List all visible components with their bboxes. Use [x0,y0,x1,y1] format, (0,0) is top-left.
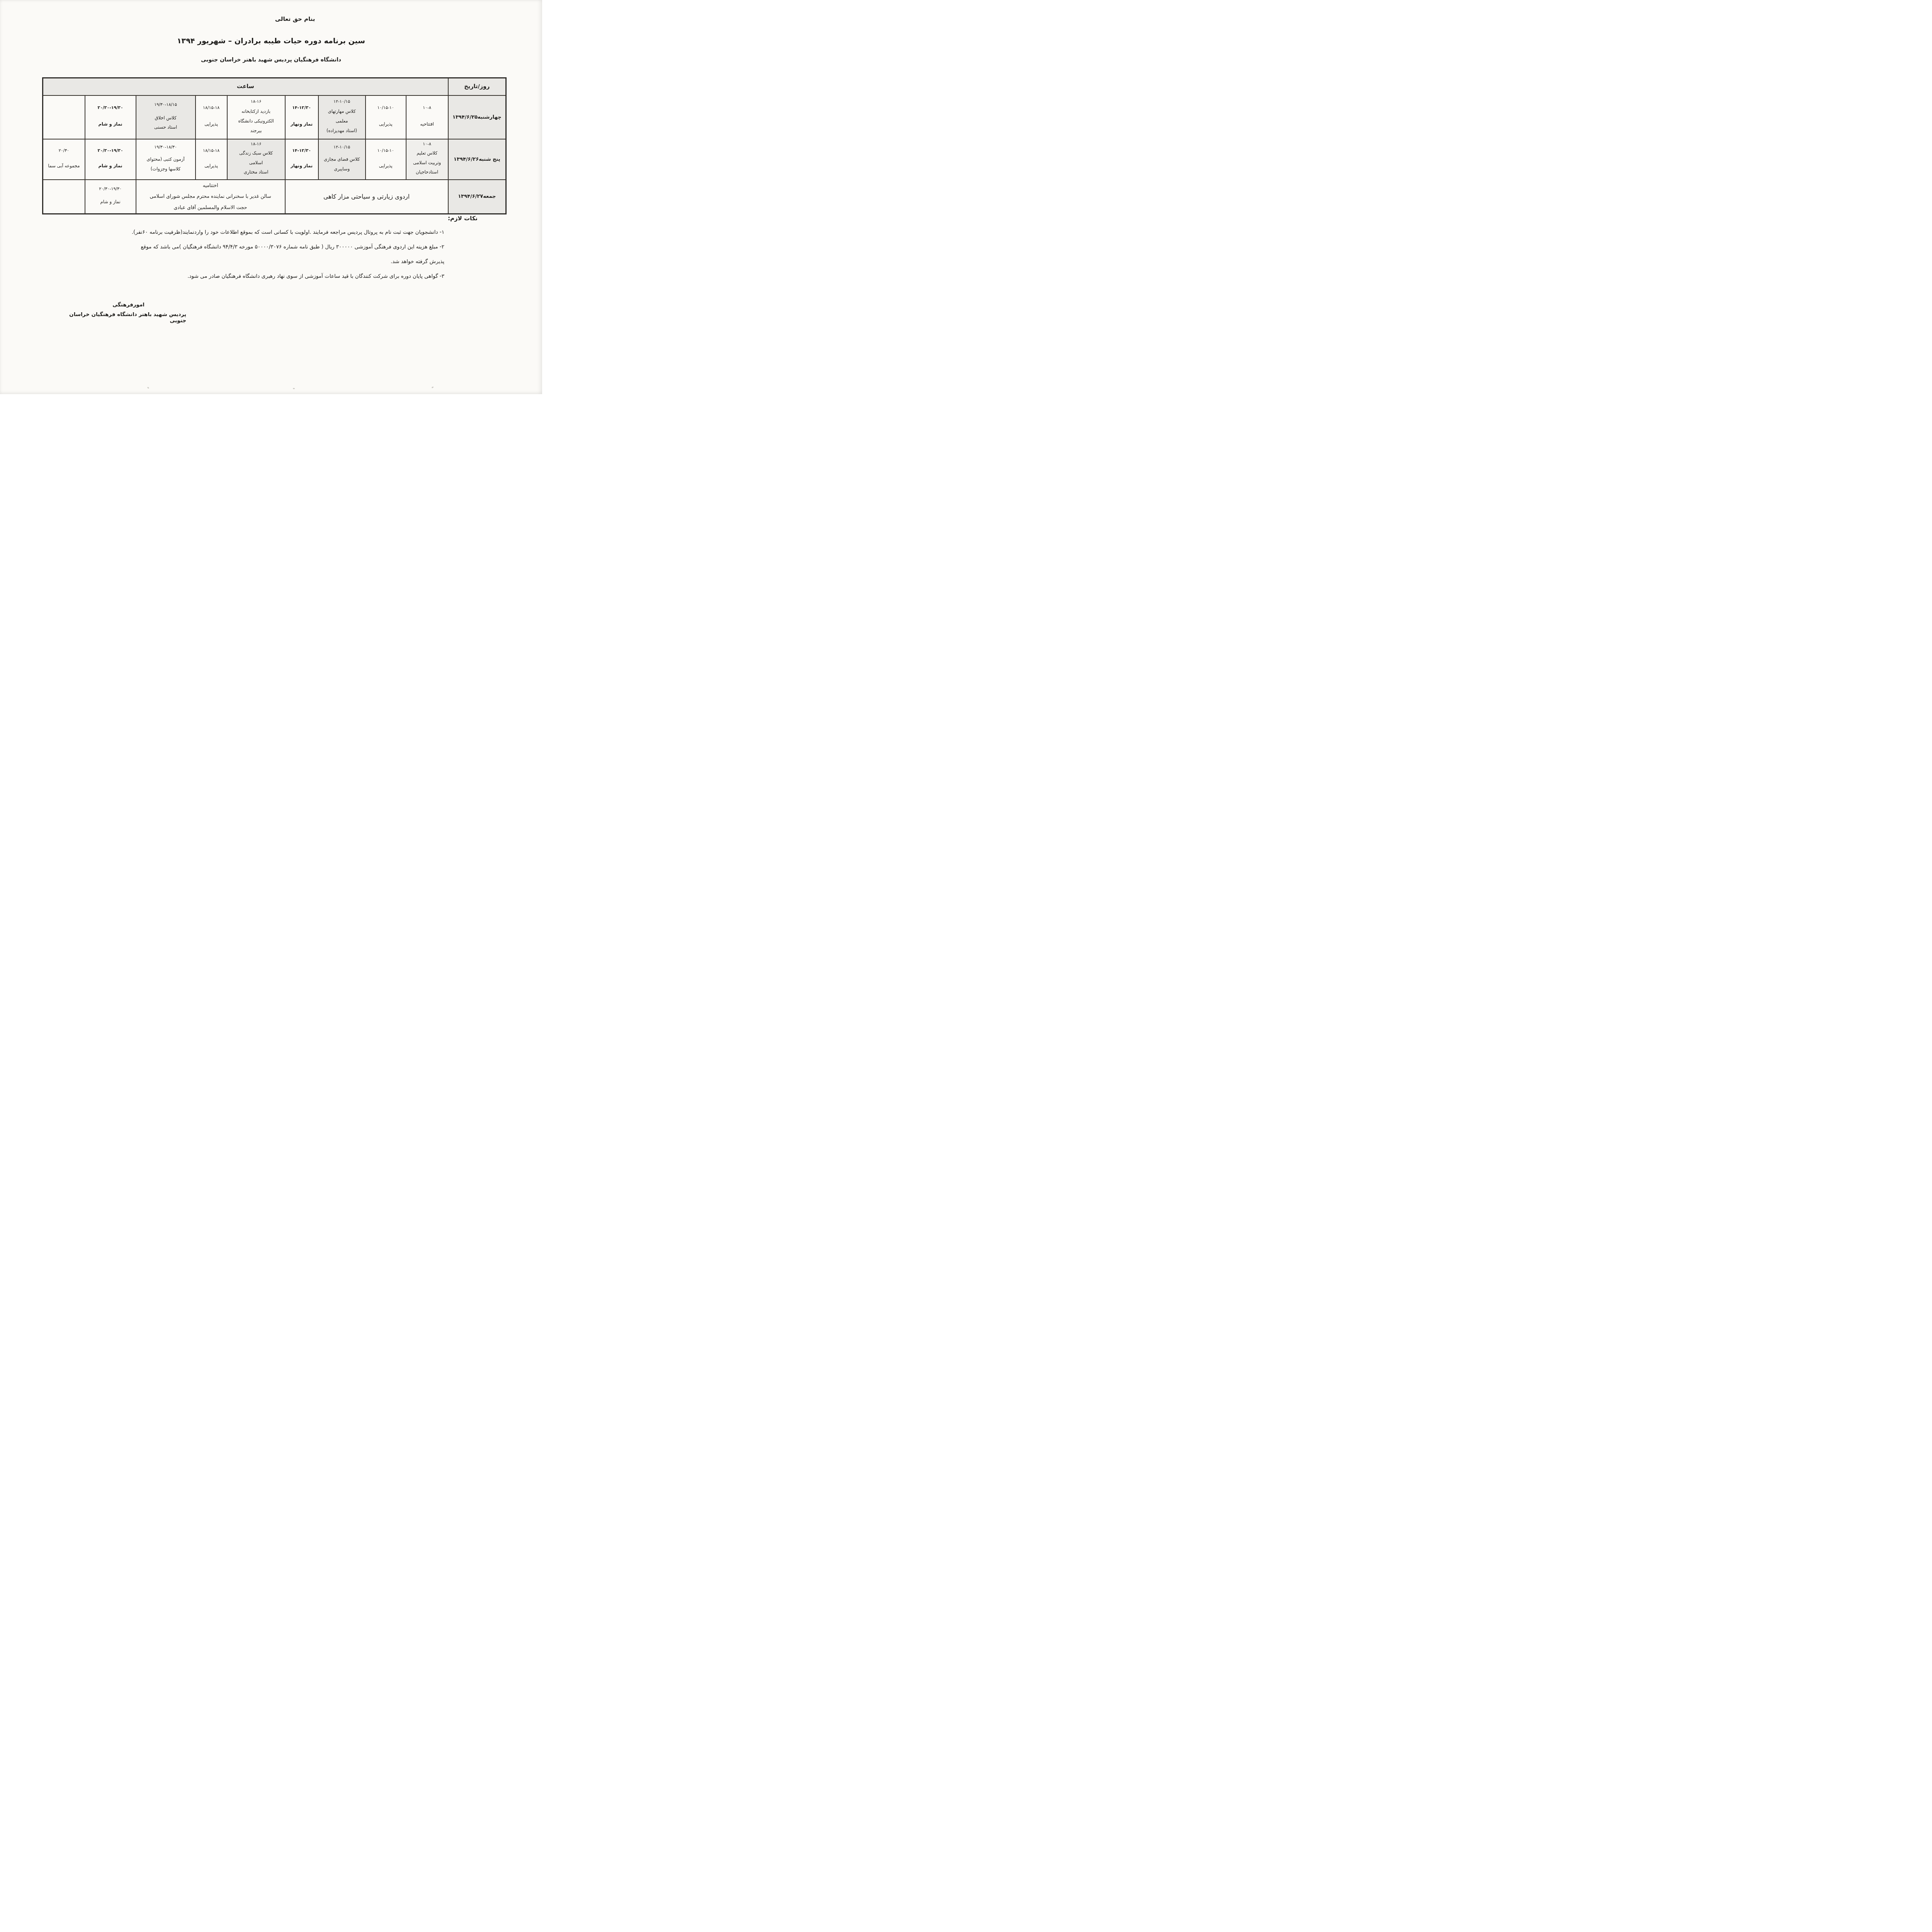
cell-activity: کلاس مهارتهای معلمی (استاد مهدیزاده) [327,107,357,135]
schedule-cell: ۱۰-۸افتتاحیه [406,95,448,139]
cell-activity: پذیرایی [379,161,393,171]
note-line: ۱- دانشجویان جهت ثبت نام به پروتال پردیس… [80,225,444,240]
schedule-cell: ۱۴-۱۲/۳۰نماز ونهار [285,139,318,180]
scan-artifact [293,388,295,389]
cell-time: ۱۹/۳۰-۱۸/۱۵ [154,102,177,107]
closing-ceremony-cell: اختتامیه سالن غدیر با سخنرانی نماینده مح… [136,180,285,214]
cell-time: ۲۰/۳۰-۱۹/۳۰ [97,148,123,153]
schedule-cell: ۱۰-۸کلاس تعلیم وتربیت اسلامی استادحاجیان [406,139,448,180]
cell-time: ۲۰/۳۰-۱۹/۳۰ [99,186,122,191]
schedule-table: روز/تاریخ ساعت چهارشنبه۱۳۹۴/۶/۲۵ ۱۰-۸افت… [42,77,507,214]
cell-time: ۲۰/۳۰ [59,148,69,153]
schedule-cell: ۱۸/۱۵-۱۸پذیرایی [196,95,227,139]
table-row-thursday: پنج شنبه۱۳۹۴/۶/۲۶ ۱۰-۸کلاس تعلیم وتربیت … [43,139,506,180]
schedule-cell: ۲۰/۳۰مجموعه آبی سما [43,139,85,180]
scan-artifact [432,386,434,388]
scanned-document-page: بنام حق تعالی سین برنامه دوره حیات طیبه … [0,0,542,394]
schedule-cell-empty [43,180,85,214]
cell-activity: نماز و شام [98,161,122,171]
signature-block: امورفرهنگی پردیس شهید باهنر دانشگاه فرهن… [68,302,186,324]
cell-time: ۱۸-۱۶ [251,99,262,104]
cell-time: ۱۹/۳۰-۱۸/۳۰ [154,145,177,150]
cell-activity: کلاس اخلاق استاد حسنی [154,113,177,132]
trip-cell: اردوی زیارتی و سیاحتی مزار کاهی [285,180,448,214]
note-line: ۳- گواهی پایان دوره برای شرکت کنندگان با… [80,269,444,284]
table-row-wednesday: چهارشنبه۱۳۹۴/۶/۲۵ ۱۰-۸افتتاحیه ۱۰/۱۵-۱۰پ… [43,95,506,139]
document-title: سین برنامه دوره حیات طیبه برادران – شهری… [0,37,542,45]
header-time-label: ساعت [43,78,448,95]
cell-activity: کلاس فضای مجازی وسایبری [324,155,360,173]
scan-artifact [147,387,150,389]
schedule-cell: ۱۰/۱۵-۱۰پذیرایی [366,95,406,139]
schedule-cell: ۱۹/۳۰-۱۸/۳۰آزمون کتبی (محتوای کلاسها وجز… [136,139,196,180]
cell-activity: کلاس سبک زندگی اسلامی استاد مختاری [239,148,273,177]
document-subtitle: دانشگاه فرهنگیان پردیس شهید باهنر خراسان… [0,57,542,63]
cell-time: ۱۸-۱۶ [251,141,262,146]
header-day-label: روز/تاریخ [448,78,506,95]
schedule-cell: ۲۰/۳۰-۱۹/۳۰نماز و شام [85,180,136,214]
cell-time: ۲۰/۳۰-۱۹/۳۰ [97,105,123,110]
schedule-cell: ۱۸-۱۶بازدید ازکتابخانه الکترونیکی دانشگا… [227,95,285,139]
signature-role: امورفرهنگی [68,302,145,308]
cell-time: ۱۴-۱۲/۳۰ [292,148,311,153]
notes-list: ۱- دانشجویان جهت ثبت نام به پروتال پردیس… [80,225,444,284]
notes-section: نکات لازم: ۱- دانشجویان جهت ثبت نام به پ… [80,215,478,284]
cell-time: ۱۲-۱۰/۱۵ [333,145,350,150]
schedule-cell: ۱۸-۱۶کلاس سبک زندگی اسلامی استاد مختاری [227,139,285,180]
signature-organization: پردیس شهید باهنر دانشگاه فرهنگیان خراسان… [68,311,186,324]
cell-time: ۱۴-۱۲/۳۰ [292,105,311,110]
schedule-cell: ۱۰/۱۵-۱۰پذیرایی [366,139,406,180]
cell-activity: پذیرایی [379,119,393,129]
cell-activity: نماز و شام [98,119,122,129]
table-header-row: روز/تاریخ ساعت [43,78,506,95]
cell-activity: نماز ونهار [291,119,313,129]
cell-activity: نماز ونهار [291,161,313,171]
table-row-friday: جمعه۱۳۹۴/۶/۲۷ اردوی زیارتی و سیاحتی مزار… [43,180,506,214]
cell-activity: آزمون کتبی (محتوای کلاسها وجزوات) [146,155,184,173]
schedule-cell: ۱۸/۱۵-۱۸پذیرایی [196,139,227,180]
cell-time: ۱۰-۸ [423,141,431,146]
cell-activity: افتتاحیه [420,119,434,129]
cell-time: ۱۲-۱۰/۱۵ [333,99,350,104]
note-line: ۲- مبلغ هزینه این اردوی فرهنگی آموزشی ۳۰… [80,240,444,254]
row-date: چهارشنبه۱۳۹۴/۶/۲۵ [448,95,506,139]
cell-activity: مجموعه آبی سما [48,161,80,171]
note-line: پذیرش گرفته خواهد شد. [80,254,444,269]
cell-activity: پذیرایی [204,119,218,129]
cell-time: ۱۰/۱۵-۱۰ [378,105,394,110]
cell-activity: بازدید ازکتابخانه الکترونیکی دانشگاه بیر… [238,107,274,135]
row-date: جمعه۱۳۹۴/۶/۲۷ [448,180,506,214]
cell-activity: نماز و شام [100,197,121,207]
schedule-cell: ۲۰/۳۰-۱۹/۳۰نماز و شام [85,139,136,180]
row-date: پنج شنبه۱۳۹۴/۶/۲۶ [448,139,506,180]
schedule-cell: ۱۲-۱۰/۱۵کلاس مهارتهای معلمی (استاد مهدیز… [318,95,366,139]
schedule-cell: ۲۰/۳۰-۱۹/۳۰نماز و شام [85,95,136,139]
schedule-cell: ۱۴-۱۲/۳۰نماز ونهار [285,95,318,139]
schedule-cell: ۱۹/۳۰-۱۸/۱۵کلاس اخلاق استاد حسنی [136,95,196,139]
cell-time: ۱۸/۱۵-۱۸ [203,105,219,110]
cell-time: ۱۰/۱۵-۱۰ [378,148,394,153]
schedule-cell-empty [43,95,85,139]
cell-time: ۱۸/۱۵-۱۸ [203,148,219,153]
notes-heading: نکات لازم: [80,215,478,222]
cell-time: ۱۰-۸ [423,105,431,110]
cell-activity: کلاس تعلیم وتربیت اسلامی استادحاجیان [413,148,441,177]
bismillah-text: بنام حق تعالی [48,15,542,22]
cell-activity: پذیرایی [204,161,218,171]
schedule-cell: ۱۲-۱۰/۱۵کلاس فضای مجازی وسایبری [318,139,366,180]
